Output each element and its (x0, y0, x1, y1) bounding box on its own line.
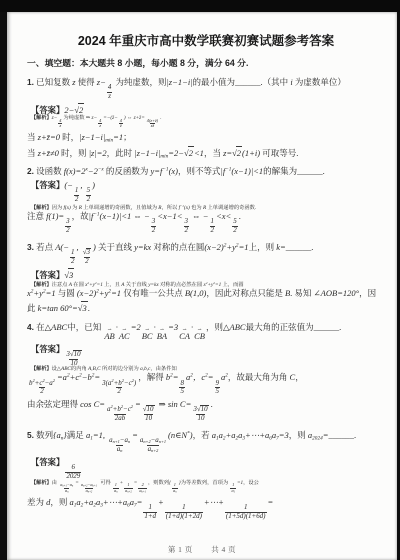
superscript: 2 (111, 378, 113, 383)
math-text: z (72, 77, 75, 87)
bold-text: 【答案】 (31, 180, 64, 190)
subscript: 7 (276, 435, 279, 441)
math-text: 1an+1an+2=2an+1 (112, 480, 148, 486)
fraction: 32 (184, 218, 189, 235)
content-line: 【答案】3√1010 (27, 343, 385, 368)
superscript: 2 (111, 405, 113, 410)
document-title: 2024 年重庆市高中数学联赛初赛试题参考答案 (27, 32, 385, 50)
bold-text: 【答案】 (31, 270, 64, 280)
fraction: 4z̄ (119, 119, 123, 130)
bold-text: 【答案】 (31, 457, 64, 467)
bold-text: 【答案】 (31, 344, 64, 354)
subscript: n+2 (151, 448, 158, 453)
sqrt: √10 (143, 405, 155, 414)
superscript: 2 (236, 242, 239, 248)
page-footer: 第 1 页 共 4 页 (7, 544, 397, 555)
math-text: b2+c2−a22=a2+c2−b2=3(a2+b2−c2)2 (27, 372, 138, 382)
superscript: * (187, 431, 190, 437)
math-text: −12<x<52 (203, 211, 239, 221)
subscript: 2 (235, 435, 238, 441)
content-line: 【解析】由 an+1−anan=an+2−an+1an+2 可得 1an+1an… (27, 483, 385, 494)
superscript: 2 (92, 373, 95, 379)
math-text: (x−2)2+y2=1 (204, 242, 248, 252)
superscript: 2 (67, 373, 70, 379)
vector: AC (119, 330, 130, 341)
fraction: √1010 (142, 405, 156, 423)
math-text: △ABC (45, 322, 68, 332)
superscript: 2 (32, 378, 34, 383)
fraction: an+1−anan (108, 437, 131, 454)
fraction: 3(a2+b2−c2)2 (101, 380, 137, 397)
superscript: −1 (93, 212, 99, 218)
fraction: 12 (70, 249, 75, 266)
math-text: ∠AOB=120° (314, 288, 360, 298)
math-text: B (285, 288, 290, 298)
fraction: 12 (74, 187, 79, 204)
math-text: f(1)=32 (46, 211, 72, 221)
math-text: |z−1−i|min=1 (79, 132, 123, 142)
math-text: sin C=3√1010 (168, 399, 211, 409)
math-text: an+1−anan=an+2−an+1an+2 (58, 480, 99, 486)
fraction: a2+b2−c22ab (106, 406, 134, 423)
fraction: 1a1 (230, 483, 235, 494)
fraction: 52 (232, 218, 237, 235)
superscript: 2 (53, 378, 55, 383)
math-text: 2−√2 (64, 105, 84, 115)
sqrt: √2 (232, 146, 242, 159)
scan-top-border (0, 0, 400, 12)
superscript: 2 (79, 373, 82, 379)
bold-text: 5. (27, 430, 34, 440)
math-text: z−4z (97, 77, 114, 87)
vector: BA (157, 330, 167, 341)
fraction: b2+c2−a22 (28, 380, 56, 397)
superscript: 2 (43, 289, 46, 295)
fraction: 4z (58, 119, 62, 130)
fraction: an+2−an+1an+2 (139, 437, 167, 454)
vector: AB (104, 330, 114, 341)
section-header: 一、填空题：本大题共 8 小题，每小题 8 分，满分 64 分. (27, 57, 385, 70)
fraction: 32 (65, 218, 70, 235)
fraction: 1(1+d)(1+2d) (165, 504, 203, 521)
fraction: 1(1+5d)(1+6d) (225, 504, 267, 521)
content-line: 5. 数列{an}满足 a1=1, an+1−anan=an+2−an+1an+… (27, 429, 385, 454)
sqrt: √3 (64, 268, 74, 281)
superscript: 2 (206, 281, 208, 285)
math-text: {1an} (169, 480, 181, 486)
superscript: 2 (31, 289, 34, 295)
math-text: a1a2+a2a3+⋯+a6a7=3 (212, 430, 289, 440)
document-body: 1. 已知复数 z 使得 z−4z 为纯虚数，则|z−1−i|的最小值为____… (27, 76, 385, 521)
content-line: 当 z+z̄≠0 时，则 |z|=2，此时 |z−1−i|min=2−√2<1，… (27, 146, 385, 159)
subscript: 1 (216, 435, 219, 441)
superscript: 2 (88, 281, 90, 285)
superscript: 2 (132, 378, 134, 383)
bold-text: 2. (27, 166, 34, 176)
bold-text: 【解析】 (31, 480, 52, 486)
superscript: −x (98, 166, 104, 172)
superscript: −1 (162, 166, 168, 172)
content-line: 【解析】z−4z为纯虚数 ⇒ z−4z=−(z̄−4z̄) ⇔ z+z̄=4(z… (27, 118, 385, 129)
bold-text: 【解析】 (31, 115, 52, 121)
math-text: a1=1, an+1−anan=an+2−an+1an+2(n∈N*) (86, 430, 193, 440)
content-line: 此 k=tan 60°=√3. (27, 301, 385, 314)
superscript: 2 (42, 378, 44, 383)
subscript: 1 (74, 502, 77, 508)
math-text: |z−1−i| (166, 77, 192, 87)
content-line: 2. 设函数 f(x)=2x−2−x 的反函数为 y=f−1(x)，则不等式|f… (27, 165, 385, 177)
math-text: {an} (53, 430, 67, 440)
math-text: 62029 (64, 457, 82, 467)
subscript: 3 (100, 502, 103, 508)
subscript: n (116, 491, 117, 494)
fraction: 4z (107, 84, 112, 101)
superscript: 2 (95, 281, 97, 285)
page-number: 第 1 页 (168, 545, 193, 554)
subscript: 1 (90, 435, 93, 441)
math-text: (−12, 52) (64, 180, 95, 190)
sqrt: √10 (70, 350, 82, 359)
subscript: n+2 (143, 439, 150, 444)
superscript: 2 (224, 242, 227, 248)
superscript: 2 (225, 373, 228, 379)
fraction: 1an (172, 483, 177, 494)
math-text: C (290, 372, 296, 382)
content-line: 【答案】62029 (27, 456, 385, 481)
subscript: 2 (223, 435, 226, 441)
math-text: 3√1010 (64, 344, 83, 354)
content-line: 【解析】注意点 A 在圆 x2+y2=1 上，且 A 关于直线 y=kx 对称的… (27, 283, 385, 285)
superscript: −1 (225, 166, 231, 172)
fraction: 1an (113, 483, 118, 494)
math-text: a2024= (308, 430, 329, 440)
superscript: −1 (180, 204, 184, 208)
fraction: an+1−anan (59, 483, 74, 494)
vector: CB (194, 330, 205, 341)
content-line: 当 z+z̄=0 时，|z−1−i|min=1； (27, 131, 385, 143)
sqrt: √10 (197, 405, 209, 414)
subscript: 6 (269, 435, 272, 441)
fraction: 62029 (65, 464, 81, 481)
superscript: 2 (122, 378, 124, 383)
math-text: z+z̄=0 (38, 132, 60, 142)
superscript: 2 (121, 405, 123, 410)
math-text: k= (276, 242, 286, 252)
bold-text: 3. (27, 242, 34, 252)
math-text: B(1,0) (185, 288, 206, 298)
subscript: n (175, 491, 176, 494)
content-line: b2+c2−a22=a2+c2−b2=3(a2+b2−c2)2，解得 b2=85… (27, 371, 385, 396)
math-text: |z|=2 (89, 148, 107, 158)
subscript: min (105, 138, 113, 144)
subscript: n+1 (113, 439, 120, 444)
math-text: AB·AC=2BC·BA=3CA·CB (103, 322, 206, 332)
bold-text: 【答案】 (31, 105, 64, 115)
math-text: a1a2+a2a3+⋯+a6a7=11+d+1(1+d)(1+2d)+⋯+1(1… (70, 497, 274, 507)
math-text: |f−1(x−1)|<1 (221, 166, 264, 176)
sqrt: √2 (184, 146, 194, 159)
subscript: 1 (234, 491, 235, 494)
fraction: 52 (86, 187, 91, 204)
fraction: 11+d (143, 504, 157, 521)
math-text: (x−2)2+y2=1 (77, 288, 121, 298)
content-line: 注意 f(1)=32，故|f−1(x−1)|<1 ⇔ −32<x−1<32 ⇔ … (27, 210, 385, 235)
fraction: 3√1010 (65, 350, 82, 368)
math-text: √3 (64, 270, 74, 280)
superscript: 2 (205, 373, 208, 379)
math-text: △ABC (223, 322, 246, 332)
sqrt: √2 (74, 103, 84, 116)
math-text: i (290, 77, 292, 87)
fraction: 95 (215, 380, 220, 397)
fraction: an+2−an+1an+2 (80, 483, 98, 494)
superscript: 2 (213, 281, 215, 285)
subscript: n+2 (127, 491, 131, 494)
math-text: z+z̄≠0 (38, 148, 59, 158)
subscript: 2 (93, 502, 96, 508)
fraction: 2an+1 (138, 483, 147, 494)
fraction: 32 (151, 218, 156, 235)
fraction: 4z (98, 119, 102, 130)
subscript: n+1 (142, 491, 146, 494)
subscript: 6 (127, 502, 130, 508)
fraction: 85 (179, 380, 184, 397)
subscript: n (67, 491, 68, 494)
math-text: −32<x−1<32 (144, 211, 190, 221)
subscript: 2 (81, 502, 84, 508)
exam-page: 2024 年重庆市高中数学联赛初赛试题参考答案 一、填空题：本大题共 8 小题，… (7, 12, 397, 560)
bold-text: 4. (27, 322, 34, 332)
content-line: 【答案】(−12, 52) (27, 179, 385, 204)
math-text: f(x)=2x−2−x (64, 166, 104, 176)
math-text: |f−1(x−1)|<1 (89, 211, 132, 221)
math-text: z+z̄=4(z+z̄)zz̄ (134, 115, 161, 121)
scanned-document-photo: 2024 年重庆市高中数学联赛初赛试题参考答案 一、填空题：本大题共 8 小题，… (0, 0, 400, 560)
math-text: y=kx (134, 242, 151, 252)
superscript: x (86, 166, 88, 172)
sqrt: √3 (83, 248, 91, 257)
content-line: 【答案】√3 (27, 268, 385, 281)
subscript: n+1 (159, 439, 166, 444)
math-text: y=f−1(x) (151, 166, 179, 176)
subscript: 3 (242, 435, 245, 441)
subscript: min (160, 153, 168, 159)
fraction: 3√1010 (192, 405, 209, 423)
subscript: n (72, 485, 73, 488)
fraction: 1an+2 (124, 483, 133, 494)
superscript: 2 (190, 373, 193, 379)
subscript: n+2 (88, 491, 92, 494)
content-line: 由余弦定理得 cos C=a2+b2−c22ab=√1010 ⇒ sin C=3… (27, 398, 385, 423)
superscript: 2 (131, 405, 133, 410)
content-line: 差为 d，则 a1a2+a2a3+⋯+a6a7=11+d+1(1+d)(1+2d… (27, 496, 385, 521)
vector: BC (142, 330, 153, 341)
content-line: 1. 已知复数 z 使得 z−4z 为纯虚数，则|z−1−i|的最小值为____… (27, 76, 385, 101)
sqrt: √3 (78, 301, 88, 314)
math-text: d (46, 497, 50, 507)
math-text: z−4z=−(z̄−4z̄) (92, 115, 126, 121)
superscript: 2 (96, 289, 99, 295)
content-line: 【解析】因为 f(x) 为 R 上单调递增的奇函数，且值域为 R，所以 f−1(… (27, 206, 385, 208)
total-pages: 共 4 页 (211, 545, 236, 554)
subscript: n (120, 448, 122, 453)
superscript: 2 (108, 289, 111, 295)
content-line: 3. 若点 A(−12, √32) 关于直线 y=kx 对称的点在圆(x−2)2… (27, 241, 385, 266)
math-text: 1a1=1 (229, 480, 243, 486)
content-line: 【答案】2−√2 (27, 103, 385, 116)
math-text: b2=85a2，c2=95a2 (166, 372, 228, 382)
math-text: |z−1−i|min=2−√2<1 (134, 148, 204, 158)
fraction: √32 (82, 248, 92, 266)
math-text: k=tan 60°=√3 (38, 303, 88, 313)
math-text: x2+y2=1 (27, 288, 56, 298)
subscript: 7 (134, 502, 137, 508)
fraction: 4(z+z̄)zz̄ (146, 119, 159, 130)
math-text: z=√2(1+i) (223, 148, 260, 158)
subscript: n (61, 435, 64, 441)
content-line: 4. 在△ABC中，已知 AB·AC=2BC·BA=3CA·CB，则△ABC最大… (27, 321, 385, 341)
subscript: 2024 (312, 435, 323, 441)
math-text: z−4z (52, 115, 64, 121)
content-line: x2+y2=1 与圆 (x−2)2+y2=1 仅有唯一公共点 B(1,0)，因此… (27, 287, 385, 299)
math-text: A(−12, √32) (55, 242, 96, 252)
math-text: cos C=a2+b2−c22ab=√1010 (80, 399, 156, 409)
fraction: 12 (210, 218, 215, 235)
superscript: 2 (170, 373, 173, 379)
document-content: 2024 年重庆市高中数学联赛初赛试题参考答案 一、填空题：本大题共 8 小题，… (7, 12, 397, 521)
vector: CA (179, 330, 190, 341)
bold-text: 1. (27, 77, 34, 87)
subscript: n (128, 439, 130, 444)
